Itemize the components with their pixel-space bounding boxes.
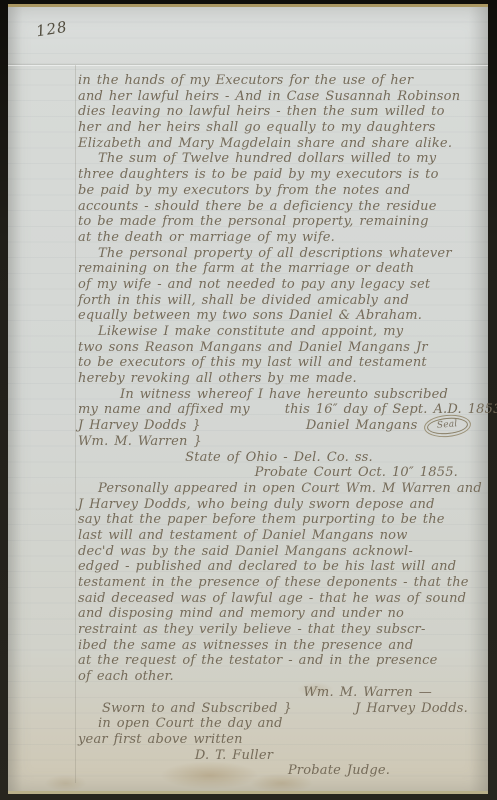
probate-text-line: testament in the presence of these depon…: [78, 575, 480, 591]
testator-signature-row-left: J Harvey Dodds }: [78, 418, 201, 434]
will-text-line: accounts - should there be a deficiency …: [78, 199, 480, 215]
will-text-line: to be executors of this my last will and…: [78, 355, 480, 371]
attestation-row: Sworn to and Subscribed }J Harvey Dodds.: [78, 701, 480, 717]
will-text-line: be paid by my executors by from the note…: [78, 183, 480, 199]
attestation-line: in open Court the day and: [78, 716, 480, 732]
witness-signature: Wm. M. Warren }: [78, 434, 480, 450]
page-number: 128: [35, 18, 69, 41]
will-text-line: three daughters is to be paid by my exec…: [78, 167, 480, 183]
will-text-line: The personal property of all description…: [78, 246, 480, 262]
probate-text-line: and disposing mind and memory and under …: [78, 606, 480, 622]
probate-text-line: said deceased was of lawful age - that h…: [78, 591, 480, 607]
judge-signature: D. T. Fuller: [78, 748, 480, 764]
probate-text-line: dec'd was by the said Daniel Mangans ack…: [78, 544, 480, 560]
will-text-line: and her lawful heirs - And in Case Susan…: [78, 89, 480, 105]
will-text-line: two sons Reason Mangans and Daniel Manga…: [78, 340, 480, 356]
will-text-line: hereby revoking all others by me made.: [78, 371, 480, 387]
will-text-line: Elizabeth and Mary Magdelain share and s…: [78, 136, 480, 152]
seal-stamp: Seal: [427, 416, 469, 435]
court-heading: Probate Court Oct. 10″ 1855.: [78, 465, 480, 481]
witness-signature: Wm. M. Warren —: [78, 685, 480, 701]
probate-text-line: ibed the same as witnesses in the presen…: [78, 638, 480, 654]
testator-signature-row-right: Daniel MangansSeal: [306, 418, 468, 434]
will-text-line: my name and affixed my this 16″ day of S…: [78, 402, 480, 418]
will-text-line: at the death or marriage of my wife.: [78, 230, 480, 246]
will-text-line: of my wife - and not needed to pay any l…: [78, 277, 480, 293]
will-text-line: equally between my two sons Daniel & Abr…: [78, 308, 480, 324]
will-text-line: dies leaving no lawful heirs - then the …: [78, 104, 480, 120]
will-text-line: her and her heirs shall go equally to my…: [78, 120, 480, 136]
probate-text-line: last will and testament of Daniel Mangan…: [78, 528, 480, 544]
will-text-line: In witness whereof I have hereunto subsc…: [78, 387, 480, 403]
probate-text-line: say that the paper before them purportin…: [78, 512, 480, 528]
probate-text-line: of each other.: [78, 669, 480, 685]
will-text-line: to be made from the personal property, r…: [78, 214, 480, 230]
left-margin-line: [75, 65, 76, 783]
fold-crease: [8, 65, 488, 66]
will-text-line: in the hands of my Executors for the use…: [78, 73, 480, 89]
jurisdiction-line: State of Ohio - Del. Co. ss.: [78, 450, 480, 466]
will-text-line: The sum of Twelve hundred dollars willed…: [78, 151, 480, 167]
manuscript-page: 128 in the hands of my Executors for the…: [8, 4, 488, 794]
attestation-line: year first above written: [78, 732, 480, 748]
probate-text-line: at the request of the testator - and in …: [78, 653, 480, 669]
probate-text-line: restraint as they verily believe - that …: [78, 622, 480, 638]
attestation-row-right: J Harvey Dodds.: [355, 701, 468, 717]
will-text-line: Likewise I make constitute and appoint, …: [78, 324, 480, 340]
attestation-row-left: Sworn to and Subscribed }: [78, 701, 292, 717]
testator-signature-row: J Harvey Dodds }Daniel MangansSeal: [78, 418, 480, 434]
will-text-line: forth in this will, shall be divided ami…: [78, 293, 480, 309]
probate-text-line: Personally appeared in open Court Wm. M …: [78, 481, 480, 497]
probate-text-line: J Harvey Dodds, who being duly sworn dep…: [78, 497, 480, 513]
will-text-line: remaining on the farm at the marriage or…: [78, 261, 480, 277]
manuscript-text: in the hands of my Executors for the use…: [78, 73, 480, 779]
probate-text-line: edged - published and declared to be his…: [78, 559, 480, 575]
judge-title: Probate Judge.: [78, 763, 480, 779]
